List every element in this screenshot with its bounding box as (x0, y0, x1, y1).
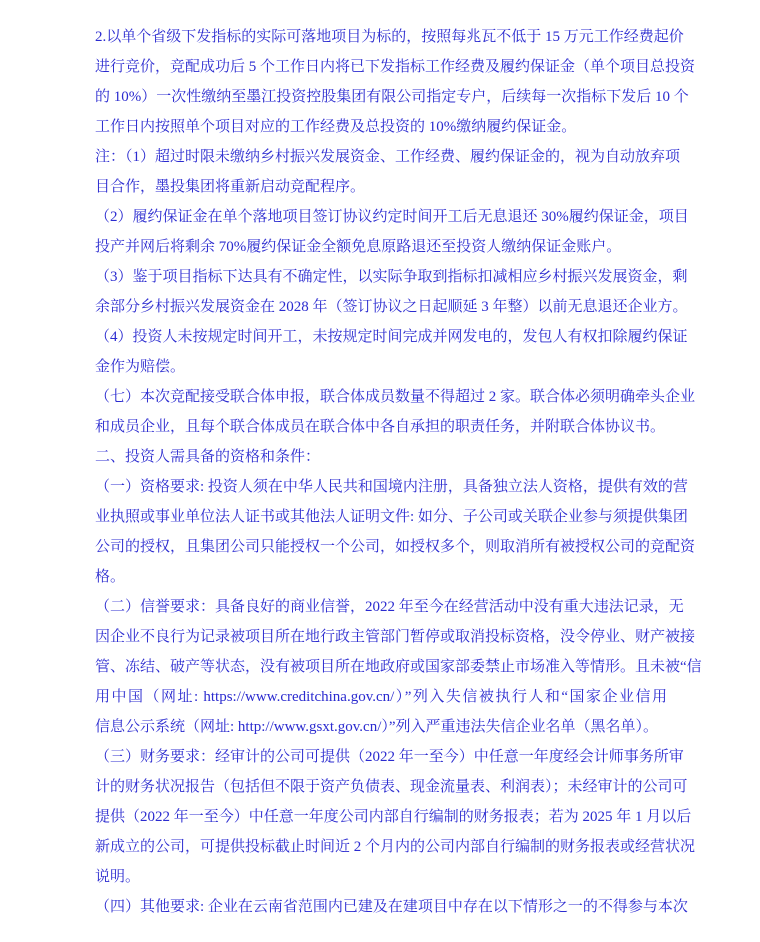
text-line: 余部分乡村振兴发展资金在 2028 年（签订协议之日起顺延 3 年整）以前无息退… (95, 292, 667, 322)
text-line: （二）信誉要求：具备良好的商业信誉，2022 年至今在经营活动中没有重大违法记录… (95, 592, 667, 622)
text-line: 工作日内按照单个项目对应的工作经费及总投资的 10%缴纳履约保证金。 (95, 112, 667, 142)
text-line: 注：（1）超过时限未缴纳乡村振兴发展资金、工作经费、履约保证金的，视为自动放弃项 (95, 142, 667, 172)
document-page: 2.以单个省级下发指标的实际可落地项目为标的，按照每兆瓦不低于 15 万元工作经… (0, 0, 760, 942)
text-line: （一）资格要求: 投资人须在中华人民共和国境内注册，具备独立法人资格，提供有效的… (95, 472, 667, 502)
text-line: 用中国（网址: https://www.creditchina.gov.cn/）… (95, 682, 667, 712)
text-line: （三）财务要求：经审计的公司可提供（2022 年一至今）中任意一年度经会计师事务… (95, 742, 667, 772)
text-line: 公司的授权，且集团公司只能授权一个公司，如授权多个，则取消所有被授权公司的竞配资 (95, 532, 667, 562)
text-line: （七）本次竞配接受联合体申报，联合体成员数量不得超过 2 家。联合体必须明确牵头… (95, 382, 667, 412)
text-line: 说明。 (95, 862, 667, 892)
section-heading: 二、投资人需具备的资格和条件： (95, 442, 667, 472)
text-line: 新成立的公司，可提供投标截止时间近 2 个月内的公司内部自行编制的财务报表或经营… (95, 832, 667, 862)
document-text-block: 2.以单个省级下发指标的实际可落地项目为标的，按照每兆瓦不低于 15 万元工作经… (95, 22, 667, 922)
text-line: 业执照或事业单位法人证书或其他法人证明文件: 如分、子公司或关联企业参与须提供集… (95, 502, 667, 532)
text-line: 因企业不良行为记录被项目所在地行政主管部门暂停或取消投标资格，没令停业、财产被接 (95, 622, 667, 652)
text-line: 2.以单个省级下发指标的实际可落地项目为标的，按照每兆瓦不低于 15 万元工作经… (95, 22, 667, 52)
text-line: 目合作，墨投集团将重新启动竞配程序。 (95, 172, 667, 202)
text-line: 格。 (95, 562, 667, 592)
text-line: 和成员企业，且每个联合体成员在联合体中各自承担的职责任务，并附联合体协议书。 (95, 412, 667, 442)
text-line: 信息公示系统（网址: http://www.gsxt.gov.cn/）”列入严重… (95, 712, 667, 742)
text-line: （3）鉴于项目指标下达具有不确定性，以实际争取到指标扣减相应乡村振兴发展资金，剩 (95, 262, 667, 292)
text-line: 的 10%）一次性缴纳至墨江投资控股集团有限公司指定专户，后续每一次指标下发后 … (95, 82, 667, 112)
text-line: 进行竞价，竞配成功后 5 个工作日内将已下发指标工作经费及履约保证金（单个项目总… (95, 52, 667, 82)
text-line: （4）投资人未按规定时间开工，未按规定时间完成并网发电的，发包人有权扣除履约保证 (95, 322, 667, 352)
text-line: （四）其他要求: 企业在云南省范围内已建及在建项目中存在以下情形之一的不得参与本… (95, 892, 667, 922)
text-line: 计的财务状况报告（包括但不限于资产负债表、现金流量表、利润表）；未经审计的公司可 (95, 772, 667, 802)
text-line: 提供（2022 年一至今）中任意一年度公司内部自行编制的财务报表；若为 2025… (95, 802, 667, 832)
text-line: 金作为赔偿。 (95, 352, 667, 382)
text-line: 投产并网后将剩余 70%履约保证金全额免息原路退还至投资人缴纳保证金账户。 (95, 232, 667, 262)
text-line: 管、冻结、破产等状态，没有被项目所在地政府或国家部委禁止市场准入等情形。且未被“… (95, 652, 667, 682)
text-line: （2）履约保证金在单个落地项目签订协议约定时间开工后无息退还 30%履约保证金，… (95, 202, 667, 232)
